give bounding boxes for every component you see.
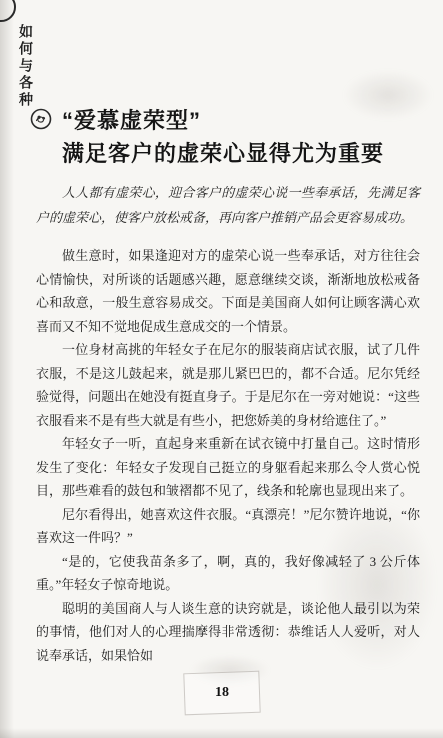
scan-edge-shadow-left — [0, 0, 14, 738]
section-title-row: “爱慕虚荣型” — [36, 104, 420, 138]
margin-vertical-chapter-title: 如何与各种 — [16, 24, 36, 109]
paragraph: 聪明的美国商人与人谈生意的诀窍就是，谈论他人最引以为荣的事情，他们对人的心理揣摩… — [36, 597, 420, 668]
page-number: 18 — [215, 685, 229, 701]
paragraph: 做生意时，如果逢迎对方的虚荣心说一些奉承话，对方往往会心情愉快，对所谈的话题感兴… — [36, 244, 420, 338]
section-title: “爱慕虚荣型” — [62, 104, 201, 138]
paragraph: 年轻女子一听，直起身来重新在试衣镜中打量自己。这时情形发生了变化：年轻女子发现自… — [36, 432, 420, 503]
book-page: 如何与各种 “爱慕虚荣型” 满足客户的虚荣心显得尤为重要 人人都有虚荣心，迎合客… — [0, 0, 443, 738]
page-content: “爱慕虚荣型” 满足客户的虚荣心显得尤为重要 人人都有虚荣心，迎合客户的虚荣心说… — [36, 104, 420, 667]
scan-edge-shadow-bottom — [0, 728, 443, 738]
body-text: 做生意时，如果逢迎对方的虚荣心说一些奉承话，对方往往会心情愉快，对所谈的话题感兴… — [36, 244, 420, 667]
partial-circle-ornament — [0, 0, 16, 22]
footer: 18 — [0, 672, 443, 714]
paragraph: “是的，它使我苗条多了，啊，真的，我好像减轻了 3 公斤体重。”年轻女子惊奇地说… — [36, 550, 420, 597]
paragraph: 尼尔看得出，她喜欢这件衣服。“真漂亮！”尼尔赞许地说，“你喜欢这一件吗？” — [36, 503, 420, 550]
faint-box-stamp: 18 — [183, 671, 260, 716]
paragraph: 一位身材高挑的年轻女子在尼尔的服装商店试衣服，试了几件衣服，不是这儿鼓起来，就是… — [36, 338, 420, 432]
section-subtitle: 满足客户的虚荣心显得尤为重要 — [62, 138, 420, 170]
section-intro: 人人都有虚荣心，迎合客户的虚荣心说一些奉承话，先满足客户的虚荣心，使客户放松戒备… — [36, 180, 420, 230]
circular-emblem-icon — [30, 108, 52, 130]
